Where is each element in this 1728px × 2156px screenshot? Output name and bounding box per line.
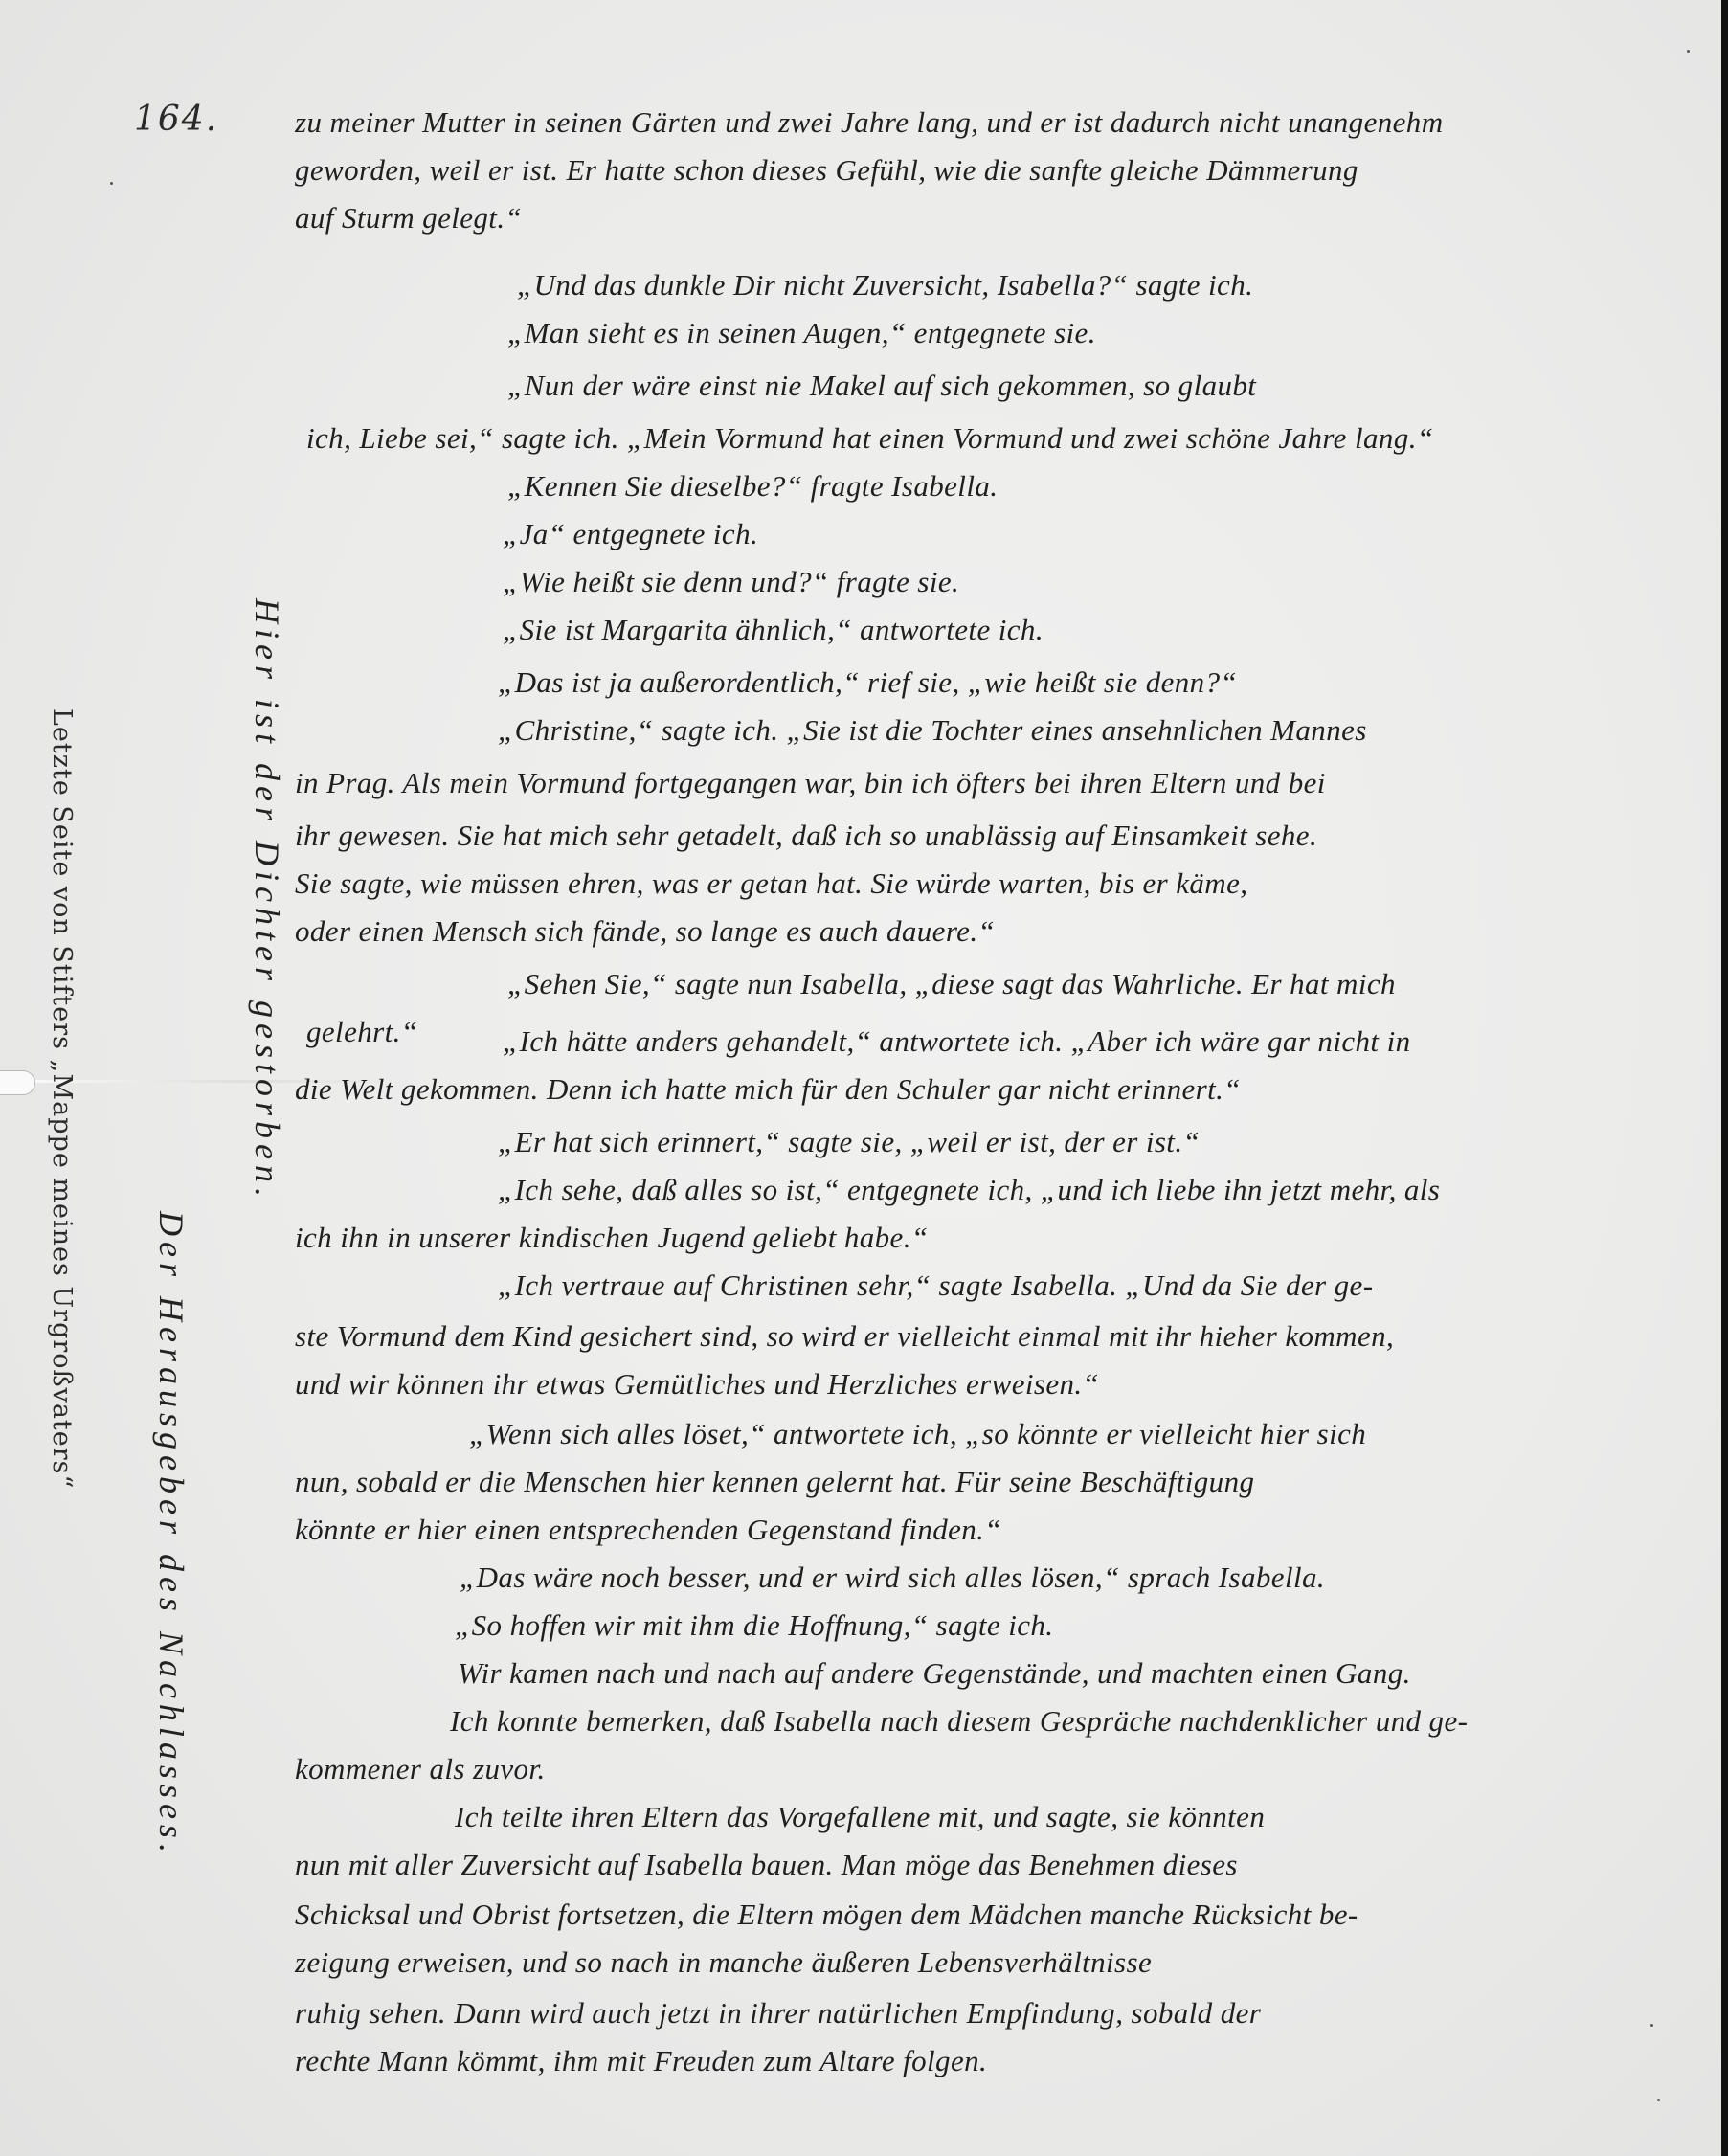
manuscript-line: ich, Liebe sei,“ sagte ich. „Mein Vormun…: [306, 421, 1434, 456]
margin-note-editor: Der Herausgeber des Nachlasses.: [151, 1211, 191, 1858]
manuscript-line: „Ich vertraue auf Christinen sehr,“ sagt…: [498, 1269, 1373, 1303]
manuscript-line: „Sehen Sie,“ sagte nun Isabella, „diese …: [507, 967, 1396, 1001]
manuscript-line: „So hoffen wir mit ihm die Hoffnung,“ sa…: [455, 1608, 1053, 1643]
paper-fold-tear: [0, 1070, 35, 1095]
paper-speck: [110, 182, 113, 185]
manuscript-line: „Ja“ entgegnete ich.: [503, 517, 758, 551]
manuscript-line: nun mit aller Zuversicht auf Isabella ba…: [295, 1848, 1238, 1882]
paper-speck: [1650, 2024, 1653, 2027]
manuscript-line: könnte er hier einen entsprechenden Gege…: [295, 1513, 1001, 1547]
page-number: 164.: [134, 100, 218, 139]
manuscript-line: „Nun der wäre einst nie Makel auf sich g…: [507, 369, 1256, 403]
scan-edge: [1721, 0, 1728, 2156]
manuscript-line: „Wenn sich alles löset,“ antwortete ich,…: [469, 1417, 1366, 1451]
manuscript-line: auf Sturm gelegt.“: [295, 201, 522, 236]
manuscript-line: Sie sagte, wie müssen ehren, was er geta…: [295, 866, 1247, 901]
manuscript-line: „Er hat sich erinnert,“ sagte sie, „weil…: [498, 1125, 1200, 1159]
manuscript-line: „Das wäre noch besser, und er wird sich …: [460, 1561, 1325, 1595]
paper-speck: [1657, 2099, 1660, 2101]
paper-speck: [1687, 50, 1690, 53]
manuscript-line: Ich teilte ihren Eltern das Vorgefallene…: [455, 1800, 1265, 1834]
manuscript-line: „Sie ist Margarita ähnlich,“ antwortete …: [503, 613, 1044, 647]
manuscript-line: Wir kamen nach und nach auf andere Gegen…: [458, 1656, 1411, 1691]
manuscript-line: ste Vormund dem Kind gesichert sind, so …: [295, 1319, 1394, 1354]
manuscript-line: „Kennen Sie dieselbe?“ fragte Isabella.: [507, 469, 998, 504]
manuscript-line: „Das ist ja außerordentlich,“ rief sie, …: [498, 665, 1237, 700]
manuscript-line: Schicksal und Obrist fortsetzen, die Elt…: [295, 1898, 1358, 1932]
manuscript-line: und wir können ihr etwas Gemütliches und…: [295, 1367, 1099, 1402]
manuscript-line: die Welt gekommen. Denn ich hatte mich f…: [295, 1072, 1241, 1107]
manuscript-line: nun, sobald er die Menschen hier kennen …: [295, 1465, 1254, 1499]
manuscript-line: ihr gewesen. Sie hat mich sehr getadelt,…: [295, 819, 1317, 853]
manuscript-line: Ich konnte bemerken, daß Isabella nach d…: [450, 1704, 1468, 1739]
manuscript-line: „Man sieht es in seinen Augen,“ entgegne…: [507, 316, 1096, 350]
margin-note-death: Hier ist der Dichter gestorben.: [247, 598, 287, 1202]
manuscript-line: „Wie heißt sie denn und?“ fragte sie.: [503, 565, 959, 599]
manuscript-page: 164. Letzte Seite von Stifters „Mappe me…: [0, 0, 1721, 2156]
manuscript-line: rechte Mann kömmt, ihm mit Freuden zum A…: [295, 2044, 987, 2078]
manuscript-line: „Ich sehe, daß alles so ist,“ entgegnete…: [498, 1173, 1440, 1207]
manuscript-line: „Christine,“ sagte ich. „Sie ist die Toc…: [498, 713, 1367, 748]
manuscript-line: gelehrt.“: [306, 1015, 417, 1049]
manuscript-line: kommener als zuvor.: [295, 1752, 546, 1786]
manuscript-line: ruhig sehen. Dann wird auch jetzt in ihr…: [295, 1996, 1261, 2031]
manuscript-line: in Prag. Als mein Vormund fortgegangen w…: [295, 766, 1326, 800]
manuscript-line: geworden, weil er ist. Er hatte schon di…: [295, 153, 1358, 188]
manuscript-line: zu meiner Mutter in seinen Gärten und zw…: [295, 105, 1443, 140]
printed-caption: Letzte Seite von Stifters „Mappe meines …: [47, 708, 77, 1489]
manuscript-line: zeigung erweisen, und so nach in manche …: [295, 1945, 1152, 1980]
manuscript-line: oder einen Mensch sich fände, so lange e…: [295, 914, 995, 949]
manuscript-line: „Und das dunkle Dir nicht Zuversicht, Is…: [517, 268, 1253, 303]
manuscript-line: „Ich hätte anders gehandelt,“ antwortete…: [503, 1024, 1410, 1059]
manuscript-line: ich ihn in unserer kindischen Jugend gel…: [295, 1221, 929, 1255]
